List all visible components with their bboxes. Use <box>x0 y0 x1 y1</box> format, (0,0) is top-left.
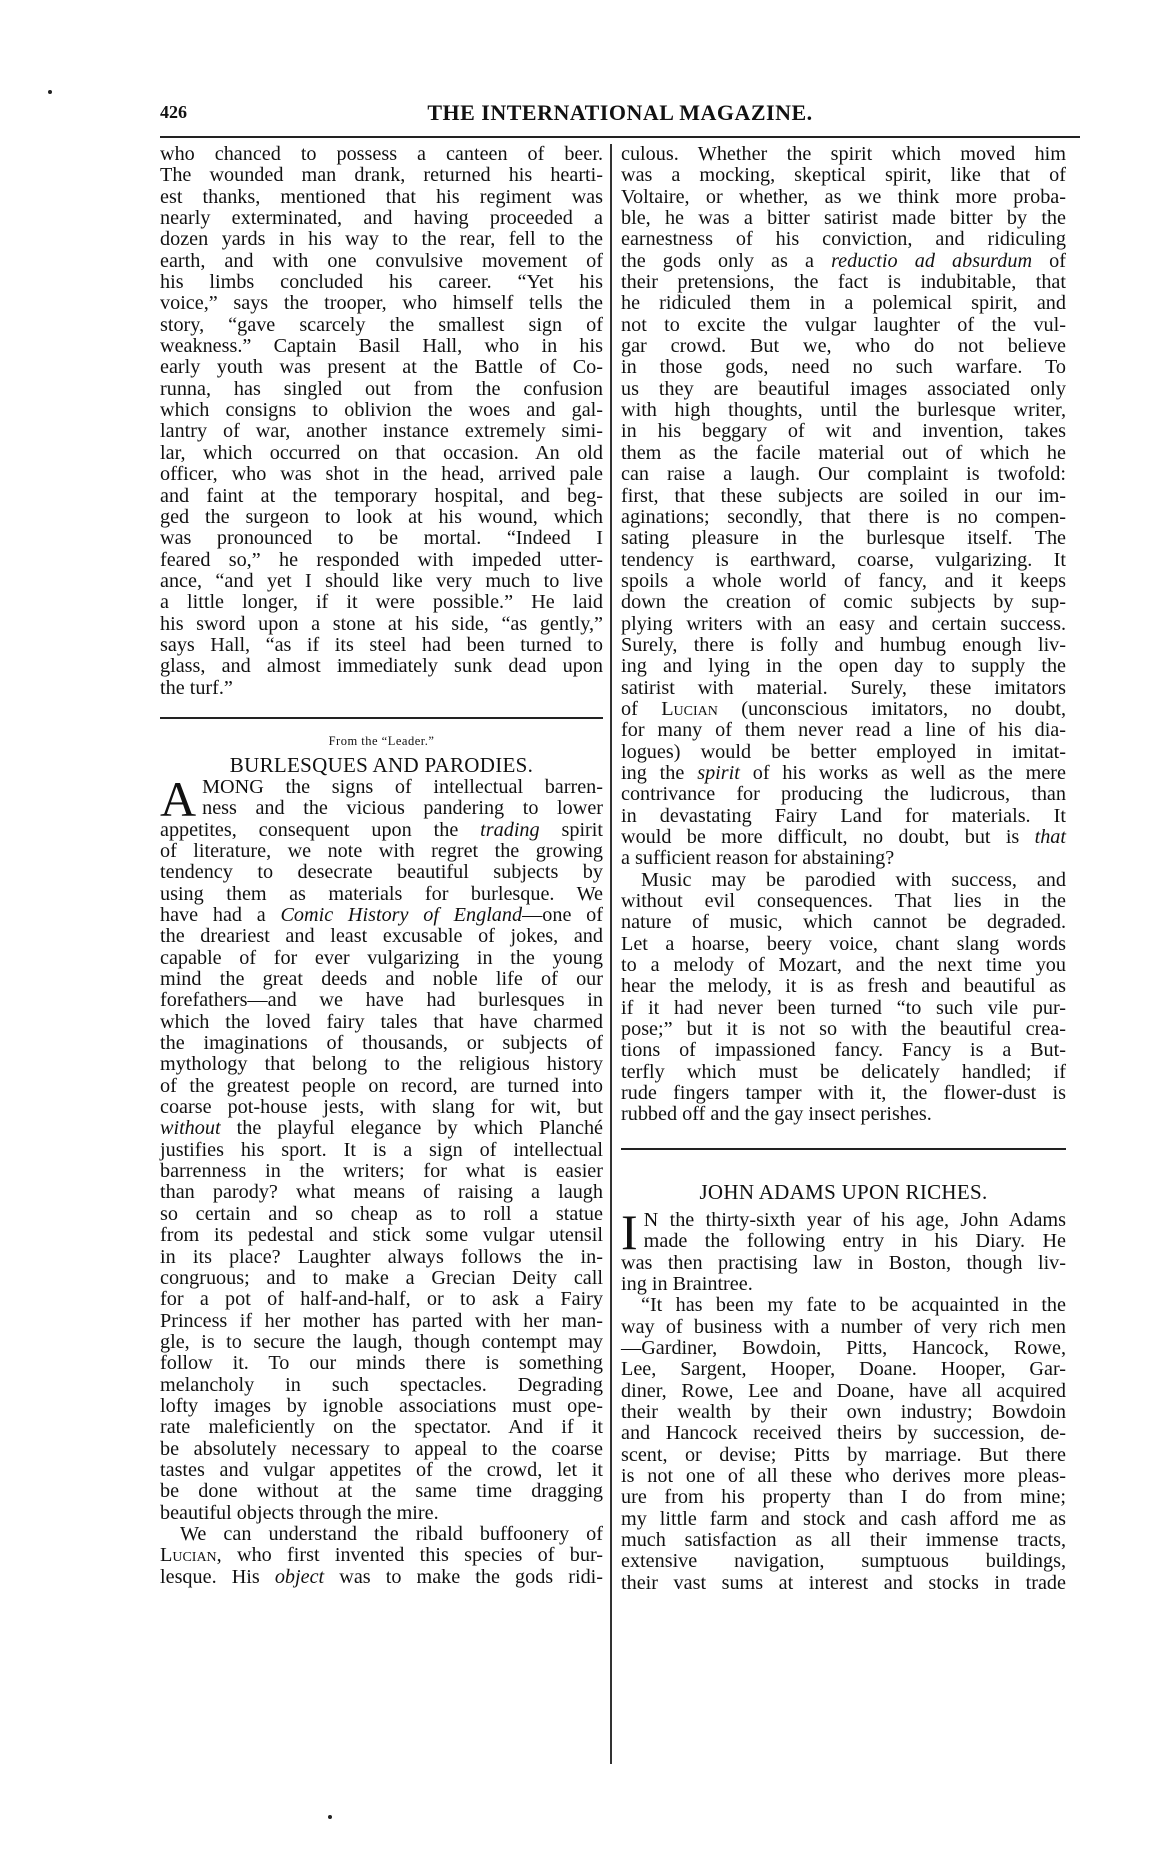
text-line: lofty images by ignoble associations mus… <box>160 1396 603 1417</box>
magazine-page: 426 THE INTERNATIONAL MAGAZINE. who chan… <box>0 0 1176 1850</box>
text-line: way of business with a number of very ri… <box>621 1317 1066 1338</box>
text-line: the imaginations of thousands, or subjec… <box>160 1033 603 1054</box>
text-line: Music may be parodied with success, and <box>621 870 1066 891</box>
text-line: est thanks, mentioned that his regiment … <box>160 187 603 208</box>
text-line: not to excite the vulgar laughter of the… <box>621 315 1066 336</box>
text-line: Lucian, who first invented this species … <box>160 1545 603 1566</box>
text-line: officer, who was shot in the head, arriv… <box>160 464 603 485</box>
header-rule <box>160 136 1080 138</box>
text-line: glass, and almost immediately sunk dead … <box>160 656 603 677</box>
italic-trading: trading <box>480 819 539 841</box>
text-line: in devastating Fairy Land for materials.… <box>621 806 1066 827</box>
text-line: made the following entry in his Diary. H… <box>621 1231 1066 1252</box>
text-line: in those gods, need no such warfare. To <box>621 357 1066 378</box>
text-line: if it had never been turned “to such vil… <box>621 998 1066 1019</box>
text-line: was then practising law in Boston, thoug… <box>621 1253 1066 1274</box>
section-rule <box>621 1148 1066 1150</box>
text-line: be absolutely necessary to appeal to the… <box>160 1439 603 1460</box>
text-line: for a pot of half-and-half, or to ask a … <box>160 1289 603 1310</box>
text-line: pose;” but it is not so with the beautif… <box>621 1019 1066 1040</box>
text-line: their vast sums at interest and stocks i… <box>621 1573 1066 1594</box>
text-line: and faint at the temporary hospital, and… <box>160 486 603 507</box>
text-line: beautiful objects through the mire. <box>160 1503 603 1524</box>
text-line: for many of them never read a line of hi… <box>621 720 1066 741</box>
text-line: tendency to desecrate beautiful subjects… <box>160 862 603 883</box>
text-line: ance, “and yet I should like very much t… <box>160 571 603 592</box>
text-line: barrenness in the writers; for what is e… <box>160 1161 603 1182</box>
text-line: aginations; secondly, that there is no c… <box>621 507 1066 528</box>
column-divider <box>610 144 612 1764</box>
text-line: so certain and so cheap as to roll a sta… <box>160 1204 603 1225</box>
text-line: rubbed off and the gay insect perishes. <box>621 1104 1066 1125</box>
article-john-adams: JOHN ADAMS UPON RICHES. I N the thirty-s… <box>621 1180 1066 1594</box>
text-line: without evil consequences. That lies in … <box>621 891 1066 912</box>
text-line: early youth was present at the Battle of… <box>160 357 603 378</box>
section-rule <box>160 717 603 719</box>
text-line: The wounded man drank, returned his hear… <box>160 165 603 186</box>
text-line: using them as materials for burlesque. W… <box>160 884 603 905</box>
text-line: ged the surgeon to look at his wound, wh… <box>160 507 603 528</box>
text-line: of Lucian (unconscious imitators, no dou… <box>621 699 1066 720</box>
text-line: sating pleasure in the burlesque itself.… <box>621 528 1066 549</box>
right-column: culous. Whether the spirit which moved h… <box>621 144 1066 1594</box>
text-line: forefathers—and we have had burlesques i… <box>160 990 603 1011</box>
text-line: coarse pot-house jests, with slang for w… <box>160 1097 603 1118</box>
article-title: BURLESQUES AND PARODIES. <box>160 753 603 777</box>
text-line: contrivance for producing the ludicrous,… <box>621 784 1066 805</box>
text-line: who chanced to possess a canteen of beer… <box>160 144 603 165</box>
text-line: Let a hoarse, beery voice, chant slang w… <box>621 934 1066 955</box>
text-line: ing in Braintree. <box>621 1274 1066 1295</box>
continued-paragraph: who chanced to possess a canteen of beer… <box>160 144 603 699</box>
text-line: have had a Comic History of England—one … <box>160 905 603 926</box>
text-line: Lee, Sargent, Hooper, Doane. Hooper, Gar… <box>621 1359 1066 1380</box>
text-line: tastes and vulgar appetites of the crowd… <box>160 1460 603 1481</box>
text-line: nature of music, which cannot be degrade… <box>621 912 1066 933</box>
text-line: which consigns to oblivion the woes and … <box>160 400 603 421</box>
text-line: congruous; and to make a Grecian Deity c… <box>160 1268 603 1289</box>
paragraph-music: Music may be parodied with success, and … <box>621 870 1066 1126</box>
text-line: voice,” says the trooper, who himself te… <box>160 293 603 314</box>
text-line: a little longer, if it were possible.” H… <box>160 592 603 613</box>
text-line: and Hancock received theirs by successio… <box>621 1423 1066 1444</box>
text-line: plying writers with an easy and certain … <box>621 614 1066 635</box>
text-line: rate maleficiently on the spectator. And… <box>160 1417 603 1438</box>
scan-speck <box>48 90 52 94</box>
text-line: justifies his sport. It is a sign of int… <box>160 1140 603 1161</box>
text-line: be done without at the same time draggin… <box>160 1481 603 1502</box>
text-line: satirist with material. Surely, these im… <box>621 678 1066 699</box>
text-line: can raise a laugh. Our complaint is twof… <box>621 464 1066 485</box>
running-header: 426 THE INTERNATIONAL MAGAZINE. <box>160 100 1080 136</box>
text-line: the dreariest and least excusable of jok… <box>160 926 603 947</box>
text-line: runna, has singled out from the confusio… <box>160 379 603 400</box>
text-line: lar, which occurred on that occasion. An… <box>160 443 603 464</box>
text-line: MONG the signs of intellectual barren- <box>160 777 603 798</box>
text-line: their wealth by their own industry; Bowd… <box>621 1402 1066 1423</box>
text-line: We can understand the ribald buffoonery … <box>160 1524 603 1545</box>
drop-cap: A <box>160 779 196 819</box>
text-line: says Hall, “as if its steel had been tur… <box>160 635 603 656</box>
italic-without: without <box>160 1117 221 1139</box>
text-line: Surely, there is folly and humbug enough… <box>621 635 1066 656</box>
text-line: logues) would be better employed in imit… <box>621 742 1066 763</box>
drop-cap: I <box>621 1212 638 1252</box>
text-line: capable of for ever vulgarizing in the y… <box>160 948 603 969</box>
text-line: with high thoughts, until the burlesque … <box>621 400 1066 421</box>
running-title: THE INTERNATIONAL MAGAZINE. <box>160 100 1080 126</box>
text-line: extensive navigation, sumptuous building… <box>621 1551 1066 1572</box>
text-line: terfly which must be delicately handled;… <box>621 1062 1066 1083</box>
text-line: is not one of all these who derives more… <box>621 1466 1066 1487</box>
text-line: Voltaire, or whether, as we think more p… <box>621 187 1066 208</box>
opening-paragraph: A MONG the signs of intellectual barren-… <box>160 777 603 1524</box>
text-line: weakness.” Captain Basil Hall, who in hi… <box>160 336 603 357</box>
text-line: my little farm and stock and cash afford… <box>621 1509 1066 1530</box>
text-line: he ridiculed them in a polemical spirit,… <box>621 293 1066 314</box>
text-line: gar crowd. But we, who do not believe <box>621 336 1066 357</box>
text-line: —Gardiner, Bowdoin, Pitts, Hancock, Rowe… <box>621 1338 1066 1359</box>
text-line: than parody? what means of raising a lau… <box>160 1182 603 1203</box>
text-line: dozen yards in his way to the rear, fell… <box>160 229 603 250</box>
text-line: was pronounced to be mortal. “Indeed I <box>160 528 603 549</box>
scan-speck <box>328 1815 332 1819</box>
text-line: of the greatest people on record, are tu… <box>160 1076 603 1097</box>
text-line: ness and the vicious pandering to lower <box>160 798 603 819</box>
text-line: much satisfaction as all their immense t… <box>621 1530 1066 1551</box>
article-source: From the “Leader.” <box>160 733 603 749</box>
paragraph-lucian: We can understand the ribald buffoonery … <box>160 1524 603 1588</box>
text-line: their pretensions, the fact is indubitab… <box>621 272 1066 293</box>
text-line: tendency is earthward, coarse, vulgarizi… <box>621 550 1066 571</box>
continued-paragraph-lucian: culous. Whether the spirit which moved h… <box>621 144 1066 870</box>
text-line: of literature, we note with regret the g… <box>160 841 603 862</box>
text-line: them as the facile material out of which… <box>621 443 1066 464</box>
text-line: lesque. His object was to make the gods … <box>160 1567 603 1588</box>
text-line: in his beggary of wit and invention, tak… <box>621 421 1066 442</box>
text-line: culous. Whether the spirit which moved h… <box>621 144 1066 165</box>
text-line: “It has been my fate to be acquainted in… <box>621 1295 1066 1316</box>
text-line: tions of impassioned fancy. Fancy is a B… <box>621 1040 1066 1061</box>
text-line: feared so,” he responded with impeded ut… <box>160 550 603 571</box>
article-burlesques: From the “Leader.” BURLESQUES AND PARODI… <box>160 733 603 1588</box>
text-line: gle, is to secure the laugh, though cont… <box>160 1332 603 1353</box>
text-line: us they are beautiful images associated … <box>621 379 1066 400</box>
text-line: the turf.” <box>160 678 603 699</box>
diary-quote: “It has been my fate to be acquainted in… <box>621 1295 1066 1594</box>
text-line: earth, and with one convulsive movement … <box>160 251 603 272</box>
text-line: mind the great deeds and noble life of o… <box>160 969 603 990</box>
text-line: story, “gave scarcely the smallest sign … <box>160 315 603 336</box>
text-line: a sufficient reason for abstaining? <box>621 848 1066 869</box>
text-line: down the creation of comic subjects by s… <box>621 592 1066 613</box>
text-line: ure from his property than I do from min… <box>621 1487 1066 1508</box>
text-line: ing the spirit of his works as well as t… <box>621 763 1066 784</box>
text-line: was a mocking, skeptical spirit, like th… <box>621 165 1066 186</box>
opening-paragraph: I N the thirty-sixth year of his age, Jo… <box>621 1210 1066 1295</box>
text-line: without the playful elegance by which Pl… <box>160 1118 603 1139</box>
text-line: melancholy in such spectacles. Degrading <box>160 1375 603 1396</box>
text-line: in its place? Laughter always follows th… <box>160 1247 603 1268</box>
article-title: JOHN ADAMS UPON RICHES. <box>621 1180 1066 1204</box>
text-line: ing and lying in the open day to supply … <box>621 656 1066 677</box>
text-line: rude fingers tamper with it, the flower-… <box>621 1083 1066 1104</box>
text-line: follow it. To our minds there is somethi… <box>160 1353 603 1374</box>
text-line: which the loved fairy tales that have ch… <box>160 1012 603 1033</box>
text-line: would be more difficult, no doubt, but i… <box>621 827 1066 848</box>
text-line: earnestness of his conviction, and ridic… <box>621 229 1066 250</box>
text-line: from its pedestal and stick some vulgar … <box>160 1225 603 1246</box>
text-line: nearly exterminated, and having proceede… <box>160 208 603 229</box>
text-line: hear the melody, it is as fresh and beau… <box>621 976 1066 997</box>
italic-book-title: Comic History of England <box>280 904 522 926</box>
text-line: appetites, consequent upon the trading s… <box>160 820 603 841</box>
text-line: scent, or devise; Pitts by marriage. But… <box>621 1445 1066 1466</box>
text-line: to a melody of Mozart, and the next time… <box>621 955 1066 976</box>
text-line: spoils a whole world of fancy, and it ke… <box>621 571 1066 592</box>
text-line: Princess if her mother has parted with h… <box>160 1311 603 1332</box>
text-line: first, that these subjects are soiled in… <box>621 486 1066 507</box>
text-line: diner, Rowe, Lee and Doane, have all acq… <box>621 1381 1066 1402</box>
text-line: his sword upon a stone at his side, “as … <box>160 614 603 635</box>
left-column: who chanced to possess a canteen of beer… <box>160 144 603 1588</box>
text-line: the gods only as a reductio ad absurdum … <box>621 251 1066 272</box>
text-line: lantry of war, another instance extremel… <box>160 421 603 442</box>
text-line: mythology that belong to the religious h… <box>160 1054 603 1075</box>
text-line: N the thirty-sixth year of his age, John… <box>621 1210 1066 1231</box>
text-line: his limbs concluded his career. “Yet his <box>160 272 603 293</box>
text-line: ble, he was a bitter satirist made bitte… <box>621 208 1066 229</box>
